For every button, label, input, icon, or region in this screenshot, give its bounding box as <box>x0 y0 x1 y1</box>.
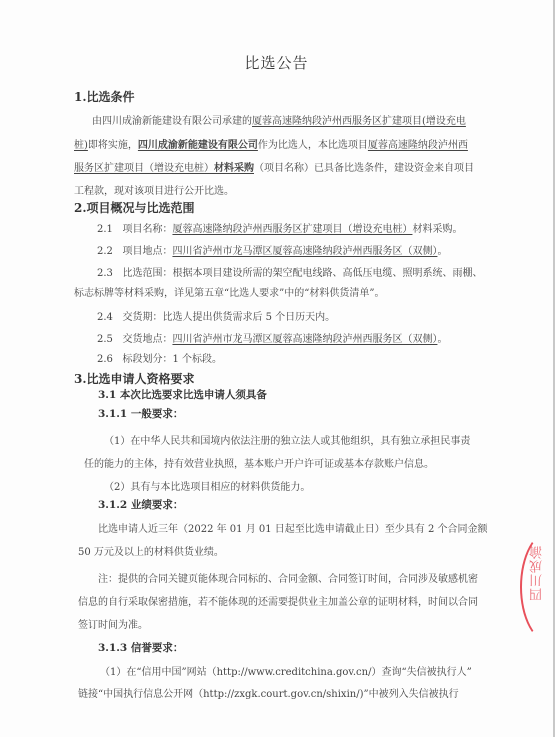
item-value: 四川省泸州市龙马潭区厦蓉高速隆纳段泸州西服务区（双侧） <box>172 334 437 345</box>
item-2-3: 2.3 比选范围：根据本项目建设所需的架空配电线路、高低压电缆、照明系统、雨棚、 <box>97 264 482 279</box>
item-number: 2.4 <box>97 312 113 323</box>
performance-note-line-1: 注：提供的合同关键页能体现合同标的、合同金额、合同签订时间，合同涉及敏感机密 <box>98 570 478 585</box>
item-text: 比选人提出供货需求后 5 个日历天内。 <box>162 312 335 323</box>
text: 材料采购。 <box>412 224 462 235</box>
project-name-underlined: 桩) <box>74 140 88 151</box>
page-title: 比选公告 <box>0 52 553 73</box>
item-label: 交货地点： <box>122 334 172 345</box>
item-number: 2.3 <box>97 268 113 279</box>
performance-line-2: 50 万元及以上的材料供货业绩。 <box>78 543 224 558</box>
performance-note-line-3: 签订时间为准。 <box>78 616 148 631</box>
section-1-heading: 1.比选条件 <box>74 88 135 105</box>
item-2-5: 2.5 交货地点：四川省泸州市龙马潭区厦蓉高速隆纳段泸州西服务区（双侧）。 <box>97 330 447 345</box>
item-label: 标段划分： <box>122 354 172 365</box>
s1-para-line-3: 服务区扩建项目（增设充电桩）材料采购（项目名称）已具备比选条件，建设资金来自项目 <box>74 159 474 174</box>
item-number: 2.5 <box>97 334 113 345</box>
credit-line-1: （1）在“信用中国”网站（http://www.creditchina.gov.… <box>100 663 472 678</box>
project-name-underlined: 服务区扩建项目（增设充电桩） <box>74 163 214 174</box>
text: 由四川成渝新能建设有限公司承建的 <box>92 116 252 127</box>
section-3-heading: 3.比选申请人资格要求 <box>74 370 195 387</box>
item-number: 2.6 <box>97 354 113 365</box>
section-3-1-1-heading: 3.1.1 一般要求： <box>98 406 183 421</box>
general-req-1-line-1: （1）在中华人民共和国境内依法注册的独立法人或其他组织，具有独立承担民事责 <box>104 432 470 447</box>
s1-para-line-2: 桩)即将实施，四川成渝新能建设有限公司作为比选人，本比选项目厦蓉高速隆纳段泸州西 <box>74 136 468 151</box>
section-3-1-2-heading: 3.1.2 业绩要求： <box>98 497 183 512</box>
item-label: 比选范围： <box>122 268 172 279</box>
s1-para-line-1: 由四川成渝新能建设有限公司承建的厦蓉高速隆纳段泸州西服务区扩建项目(增设充电 <box>92 112 466 127</box>
performance-line-1: 比选申请人近三年（2022 年 01 月 01 日起至比选申请截止日）至少具有 … <box>98 520 488 535</box>
item-label: 交货期： <box>122 312 162 323</box>
project-name-underlined: 厦蓉高速隆纳段泸州西服务区扩建项目(增设充电 <box>252 116 466 127</box>
item-2-4: 2.4 交货期：比选人提出供货需求后 5 个日历天内。 <box>97 308 335 323</box>
text: 。 <box>437 246 447 257</box>
item-label: 项目地点： <box>122 246 172 257</box>
item-value: 四川省泸州市龙马潭区厦蓉高速隆纳段泸州西服务区（双侧） <box>172 246 437 257</box>
credit-line-2: 链接“中国执行信息公开网（http://zxgk.court.gov.cn/sh… <box>78 685 459 700</box>
text: 。 <box>437 334 447 345</box>
performance-note-line-2: 信息的自行采取保密措施，若不能体现的还需要提供业主加盖公章的证明材料，时间以合同 <box>78 593 478 608</box>
text: （项目名称）已具备比选条件，建设资金来自项目 <box>254 163 474 174</box>
section-3-1-heading: 3.1 本次比选要求比选申请人须具备 <box>98 387 267 402</box>
project-name-underlined: 厦蓉高速隆纳段泸州西 <box>368 140 468 151</box>
item-value: 厦蓉高速隆纳段泸州西服务区扩建项目（增设充电桩） <box>172 224 412 235</box>
text: 作为比选人，本比选项目 <box>258 140 368 151</box>
item-2-3-cont: 标志标牌等材料采购，详见第五章“比选人要求”中的“材料供货清单”。 <box>74 284 384 299</box>
item-2-6: 2.6 标段划分：1 个标段。 <box>97 350 222 365</box>
item-2-2: 2.2 项目地点：四川省泸州市龙马潭区厦蓉高速隆纳段泸州西服务区（双侧）。 <box>97 242 447 257</box>
section-3-1-3-heading: 3.1.3 信誉要求： <box>98 640 183 655</box>
item-number: 2.1 <box>97 224 113 235</box>
item-text: 1 个标段。 <box>172 354 222 365</box>
text: 即将实施， <box>88 140 138 151</box>
item-label: 项目名称： <box>122 224 172 235</box>
item-text: 根据本项目建设所需的架空配电线路、高低压电缆、照明系统、雨棚、 <box>172 268 482 279</box>
selector-company: 四川成渝新能建设有限公司 <box>138 140 258 151</box>
general-req-1-line-2: 任的能力的主体，持有效营业执照，基本账户开户许可证或基本存款账户信息。 <box>84 455 434 470</box>
material-procurement: 材料采购 <box>214 163 254 174</box>
item-number: 2.2 <box>97 246 113 257</box>
s1-para-line-4: 工程款，现对该项目进行公开比选。 <box>74 182 234 197</box>
document-page: 比选公告 1.比选条件 由四川成渝新能建设有限公司承建的厦蓉高速隆纳段泸州西服务… <box>0 0 555 737</box>
company-seal-text: 四川成渝 <box>528 545 547 601</box>
general-req-2: （2）具有与本比选项目相应的材料供货能力。 <box>104 478 310 493</box>
section-2-heading: 2.项目概况与比选范围 <box>74 199 195 216</box>
item-2-1: 2.1 项目名称：厦蓉高速隆纳段泸州西服务区扩建项目（增设充电桩）材料采购。 <box>97 220 462 235</box>
